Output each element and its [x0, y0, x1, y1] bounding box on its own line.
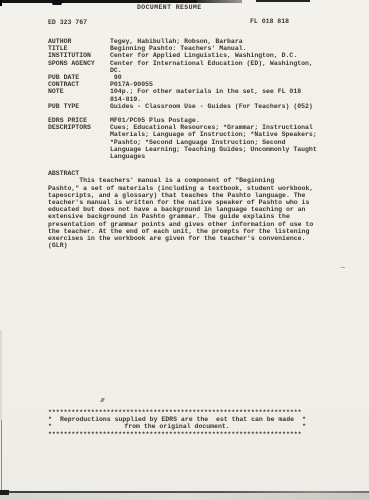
field-value: MF01/PC05 Plus Postage. [110, 117, 333, 124]
field-group-citation: AUTHOR Tegey, Habibullah; Robson, Barbar… [48, 38, 333, 110]
abstract-text: This teachers' manual is a component of … [48, 177, 333, 249]
field-label: EDRS PRICE [48, 117, 110, 124]
field-row-pub-type: PUB TYPE Guides - Classroom Use - Guides… [48, 103, 333, 110]
field-row-pub-date: PUB DATE 90 [48, 74, 333, 81]
scan-artifact-top-bar [0, 0, 197, 3]
scan-artifact-left-edge [1, 418, 2, 492]
abstract-label: ABSTRACT [48, 170, 333, 177]
field-label: PUB DATE [48, 74, 110, 81]
scan-artifact-top-bar-fade [197, 0, 242, 3]
scan-speck [100, 398, 105, 402]
field-row-title: TITLE Beginning Pashto: Teachers' Manual… [48, 45, 333, 52]
field-label: SPONS AGENCY [48, 60, 110, 74]
notice-text-1: Reproductions supplied by EDRS are the e… [52, 416, 302, 423]
field-value: 104p.; For other materials in the set, s… [110, 88, 333, 102]
field-row-institution: INSTITUTION Center for Applied Linguisti… [48, 52, 333, 59]
field-label: DESCRIPTORS [48, 124, 110, 160]
scan-artifact-top-corner [0, 0, 2, 6]
field-label: INSTITUTION [48, 52, 110, 59]
field-group-indexing: EDRS PRICE MF01/PC05 Plus Postage. DESCR… [48, 117, 333, 160]
bibliographic-fields: AUTHOR Tegey, Habibullah; Robson, Barbar… [48, 38, 333, 249]
abstract-section: ABSTRACT This teachers' manual is a comp… [48, 170, 333, 249]
field-value: Beginning Pashto: Teachers' Manual. [110, 45, 333, 52]
fl-number: FL 018 818 [250, 18, 289, 25]
field-value: Center for International Education (ED),… [110, 60, 333, 74]
notice-line-2: * from the original document. * [48, 423, 306, 430]
field-row-edrs-price: EDRS PRICE MF01/PC05 Plus Postage. [48, 117, 333, 124]
border-star: * [302, 416, 306, 423]
scan-artifact-top-bar-right [256, 0, 310, 2]
notice-text-2: from the original document. [52, 423, 302, 430]
field-label: NOTE [48, 88, 110, 102]
scan-artifact-top-bar-blob [52, 0, 62, 5]
field-row-descriptors: DESCRIPTORS Cues; Educational Resources;… [48, 124, 333, 160]
ed-number: ED 323 767 [48, 19, 87, 26]
scan-artifact-bottom-mark [0, 490, 9, 495]
field-row-author: AUTHOR Tegey, Habibullah; Robson, Barbar… [48, 38, 333, 45]
field-row-contract: CONTRACT P017A-90055 [48, 81, 333, 88]
field-label: PUB TYPE [48, 103, 110, 110]
document-resume-heading: DOCUMENT RESUME [137, 4, 202, 11]
scan-artifact-bottom-band [0, 493, 369, 500]
edrs-reproduction-notice: ****************************************… [48, 409, 306, 438]
field-row-note: NOTE 104p.; For other materials in the s… [48, 88, 333, 102]
field-value: Guides - Classroom Use - Guides (For Tea… [110, 103, 333, 110]
field-value: Tegey, Habibullah; Robson, Barbara [110, 38, 333, 45]
field-value: Cues; Educational Resources; *Grammar; I… [110, 124, 333, 160]
field-label: TITLE [48, 45, 110, 52]
scan-speck [341, 267, 345, 268]
field-row-spons-agency: SPONS AGENCY Center for International Ed… [48, 60, 333, 74]
asterisk-border-bottom: ****************************************… [48, 431, 306, 438]
field-label: CONTRACT [48, 81, 110, 88]
border-star: * [302, 423, 306, 430]
field-label: AUTHOR [48, 38, 110, 45]
field-value: P017A-90055 [110, 81, 333, 88]
asterisk-border-top: ****************************************… [48, 409, 306, 416]
document-page: DOCUMENT RESUME ED 323 767 FL 018 818 AU… [0, 0, 369, 500]
notice-line-1: * Reproductions supplied by EDRS are the… [48, 416, 306, 423]
field-value: Center for Applied Linguistics, Washingt… [110, 52, 333, 59]
field-value: 90 [110, 74, 333, 81]
scan-artifact-left-smudge [0, 330, 2, 420]
